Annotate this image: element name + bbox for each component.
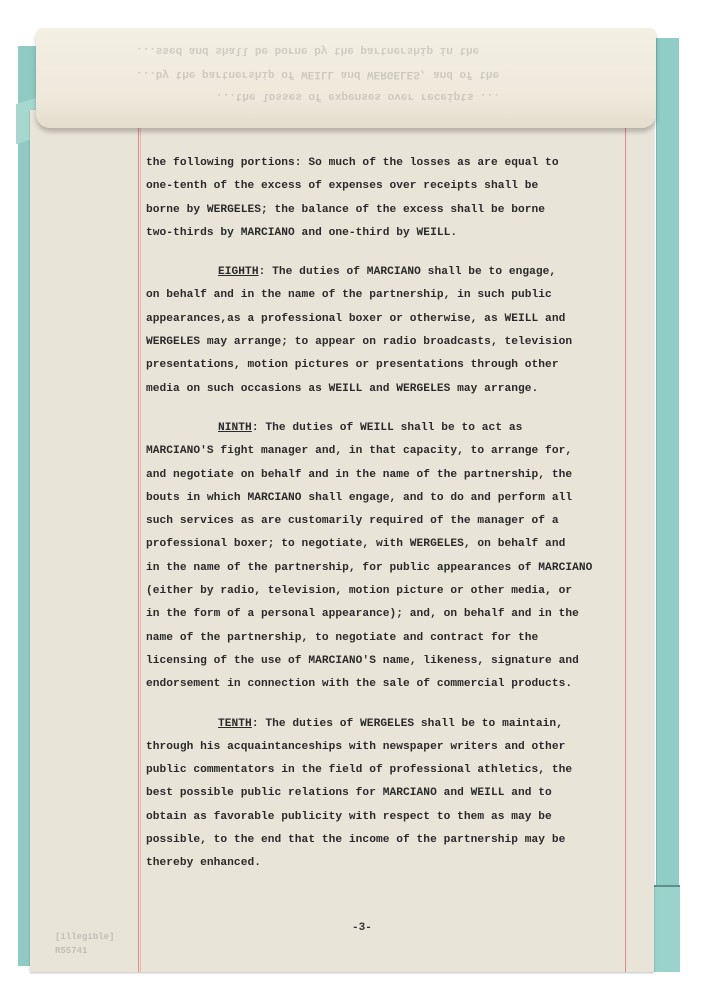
text-line: and negotiate on behalf and in the name …: [146, 464, 626, 487]
text-line: possible, to the end that the income of …: [146, 829, 626, 852]
document-backing-right-lower: [652, 885, 680, 972]
paragraph-continuation: the following portions: So much of the l…: [146, 152, 626, 245]
text-line: public commentators in the field of prof…: [146, 759, 626, 782]
folded-text-line: ...ssed and shall be borne by the partne…: [136, 44, 646, 56]
text-line: on behalf and in the name of the partner…: [146, 284, 626, 307]
text-line: name of the partnership, to negotiate an…: [146, 627, 626, 650]
text-line: presentations, motion pictures or presen…: [146, 354, 626, 377]
text-line: in the name of the partnership, for publ…: [146, 557, 626, 580]
paragraph-first-line: NINTH: The duties of WEILL shall be to a…: [146, 417, 626, 440]
text-line: bouts in which MARCIANO shall engage, an…: [146, 487, 626, 510]
text-line: thereby enhanced.: [146, 852, 626, 875]
stamp-line: R55741: [55, 944, 114, 958]
section-heading-eighth: EIGHTH: [218, 266, 259, 278]
section-heading-ninth: NINTH: [218, 422, 252, 434]
folded-previous-page: ...ssed and shall be borne by the partne…: [36, 28, 656, 128]
paragraph-first-line: TENTH: The duties of WERGELES shall be t…: [146, 713, 626, 736]
text-line: in the form of a personal appearance); a…: [146, 603, 626, 626]
paragraph-ninth: NINTH: The duties of WEILL shall be to a…: [146, 417, 626, 697]
text-line: one-tenth of the excess of expenses over…: [146, 175, 626, 198]
folded-text-line: ...the losses of expenses over receipts …: [216, 90, 656, 102]
folded-text-line: ...by the partnership of WEILL and WERGE…: [136, 68, 646, 80]
text-line: : The duties of WEILL shall be to act as: [252, 422, 523, 434]
section-heading-tenth: TENTH: [218, 718, 252, 730]
text-line: appearances,as a professional boxer or o…: [146, 308, 626, 331]
paragraph-tenth: TENTH: The duties of WERGELES shall be t…: [146, 713, 626, 876]
paragraph-eighth: EIGHTH: The duties of MARCIANO shall be …: [146, 261, 626, 401]
document-backing-right: [656, 38, 679, 966]
text-line: MARCIANO'S fight manager and, in that ca…: [146, 440, 626, 463]
text-line: the following portions: So much of the l…: [146, 152, 626, 175]
text-line: obtain as favorable publicity with respe…: [146, 806, 626, 829]
text-line: borne by WERGELES; the balance of the ex…: [146, 199, 626, 222]
stamp-line: [illegible]: [55, 930, 114, 944]
text-line: licensing of the use of MARCIANO'S name,…: [146, 650, 626, 673]
document-body: the following portions: So much of the l…: [146, 152, 626, 876]
left-margin-rule: [138, 110, 139, 972]
text-line: : The duties of MARCIANO shall be to eng…: [259, 266, 557, 278]
text-line: professional boxer; to negotiate, with W…: [146, 533, 626, 556]
text-line: endorsement in connection with the sale …: [146, 673, 626, 696]
text-line: WERGELES may arrange; to appear on radio…: [146, 331, 626, 354]
text-line: two-thirds by MARCIANO and one-third by …: [146, 222, 626, 245]
text-line: media on such occasions as WEILL and WER…: [146, 378, 626, 401]
paragraph-first-line: EIGHTH: The duties of MARCIANO shall be …: [146, 261, 626, 284]
text-line: : The duties of WERGELES shall be to mai…: [252, 718, 563, 730]
text-line: (either by radio, television, motion pic…: [146, 580, 626, 603]
text-line: best possible public relations for MARCI…: [146, 782, 626, 805]
text-line: through his acquaintanceships with newsp…: [146, 736, 626, 759]
page-number: -3-: [352, 922, 372, 934]
archive-stamp: [illegible] R55741: [55, 930, 114, 958]
text-line: such services as are customarily require…: [146, 510, 626, 533]
left-margin-rule-shadow: [140, 110, 141, 972]
